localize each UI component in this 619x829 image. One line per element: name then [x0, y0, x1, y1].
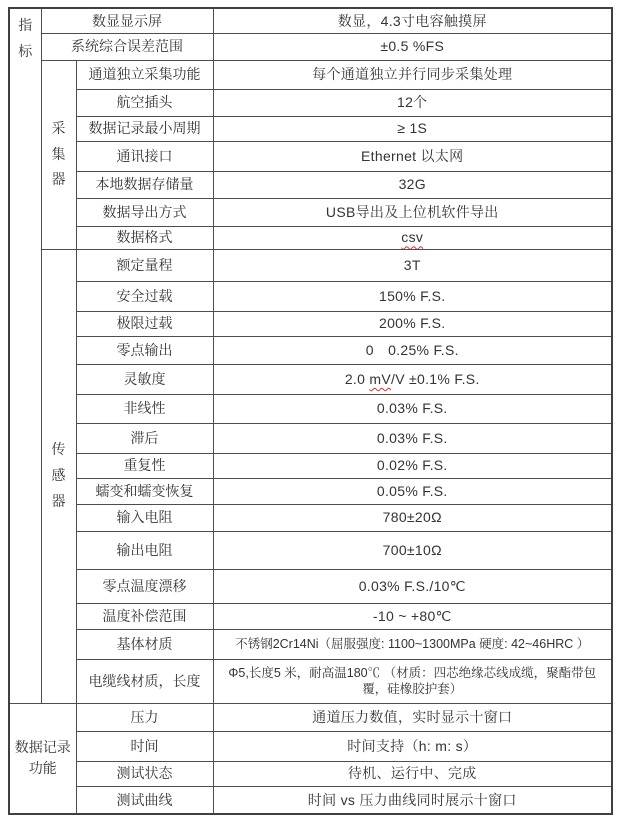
spec-row-label: 数显显示屏 [41, 8, 213, 33]
spellchecked-text: csv [401, 229, 423, 245]
spec-row-value: 每个通道独立并行同步采集处理 [213, 60, 612, 89]
group-label-indicator: 指 标 [9, 8, 41, 703]
group-label-collector: 采 集 器 [41, 60, 76, 249]
spec-row-label: 重复性 [76, 453, 213, 478]
spec-row-label: 航空插头 [76, 89, 213, 116]
spec-row-label: 蠕变和蠕变恢复 [76, 478, 213, 504]
spec-row-value: ±0.5 %FS [213, 33, 612, 60]
spec-row-label: 电缆线材质，长度 [76, 659, 213, 703]
spec-row-label: 数据记录最小周期 [76, 116, 213, 141]
spec-row-value: Ethernet 以太网 [213, 141, 612, 171]
spec-row-label: 系统综合误差范围 [41, 33, 213, 60]
spec-row-value: 12个 [213, 89, 612, 116]
spec-row-value: 通道压力数值，实时显示十窗口 [213, 703, 612, 731]
spec-row-value: 时间支持（h: m: s） [213, 731, 612, 761]
spec-row-label: 非线性 [76, 394, 213, 423]
spec-row-label: 本地数据存储量 [76, 171, 213, 198]
spec-row-label: 数据格式 [76, 226, 213, 249]
spec-row-value: 200% F.S. [213, 311, 612, 336]
spec-row-value: 数显，4.3寸电容触摸屏 [213, 8, 612, 33]
spec-row-label: 压力 [76, 703, 213, 731]
spec-row-value: -10 ~ +80℃ [213, 603, 612, 629]
spec-row-value: 0.05% F.S. [213, 478, 612, 504]
value-text: 2.0 [345, 371, 370, 387]
spec-row-value: 2.0 mV/V ±0.1% F.S. [213, 364, 612, 394]
group-label-sensor: 传 感 器 [41, 249, 76, 703]
spec-row-label: 测试曲线 [76, 786, 213, 814]
spec-row-label: 极限过载 [76, 311, 213, 336]
spec-row-label: 零点输出 [76, 336, 213, 364]
spec-row-label: 温度补偿范围 [76, 603, 213, 629]
group-label-data-record: 数据记录 功能 [9, 703, 76, 814]
spec-row-label: 滞后 [76, 423, 213, 453]
spec-row-value: 时间 vs 压力曲线同时展示十窗口 [213, 786, 612, 814]
spec-row-value: 0.03% F.S. [213, 394, 612, 423]
spec-row-value: 0.02% F.S. [213, 453, 612, 478]
spec-table: 指 标 数显显示屏 数显，4.3寸电容触摸屏 系统综合误差范围 ±0.5 %FS… [8, 7, 613, 815]
spec-row-label: 安全过载 [76, 281, 213, 311]
spec-row-value: 待机、运行中、完成 [213, 761, 612, 786]
spec-row-value: csv [213, 226, 612, 249]
spec-row-value: Φ5,长度5 米，耐高温180℃ （材质：四芯绝缘芯线成缆，聚酯带包覆，硅橡胶护… [213, 659, 612, 703]
spec-row-label: 通道独立采集功能 [76, 60, 213, 89]
spec-row-label: 灵敏度 [76, 364, 213, 394]
spec-row-value: 32G [213, 171, 612, 198]
spec-row-value: 700±10Ω [213, 531, 612, 569]
spec-row-label: 基体材质 [76, 629, 213, 659]
spec-row-label: 时间 [76, 731, 213, 761]
spec-row-value: 0.03% F.S. [213, 423, 612, 453]
spec-row-value: ≥ 1S [213, 116, 612, 141]
spec-row-label: 零点温度漂移 [76, 569, 213, 603]
spec-row-label: 测试状态 [76, 761, 213, 786]
spec-row-value: 0.03% F.S./10℃ [213, 569, 612, 603]
spec-row-label: 额定量程 [76, 249, 213, 281]
spec-row-value: 3T [213, 249, 612, 281]
document-page: { "colors": { "background": "#ffffff", "… [0, 0, 619, 829]
spellchecked-text: mV [369, 371, 391, 387]
spec-row-label: 输入电阻 [76, 504, 213, 531]
spec-row-value: USB导出及上位机软件导出 [213, 198, 612, 226]
spec-row-value: 780±20Ω [213, 504, 612, 531]
spec-row-label: 输出电阻 [76, 531, 213, 569]
spec-row-value: 不锈钢2Cr14Ni（屈服强度: 1100~1300MPa 硬度: 42~46H… [213, 629, 612, 659]
spec-row-value: 0 0.25% F.S. [213, 336, 612, 364]
spec-row-value: 150% F.S. [213, 281, 612, 311]
spec-row-label: 通讯接口 [76, 141, 213, 171]
value-text: /V ±0.1% F.S. [391, 371, 480, 387]
spec-row-label: 数据导出方式 [76, 198, 213, 226]
